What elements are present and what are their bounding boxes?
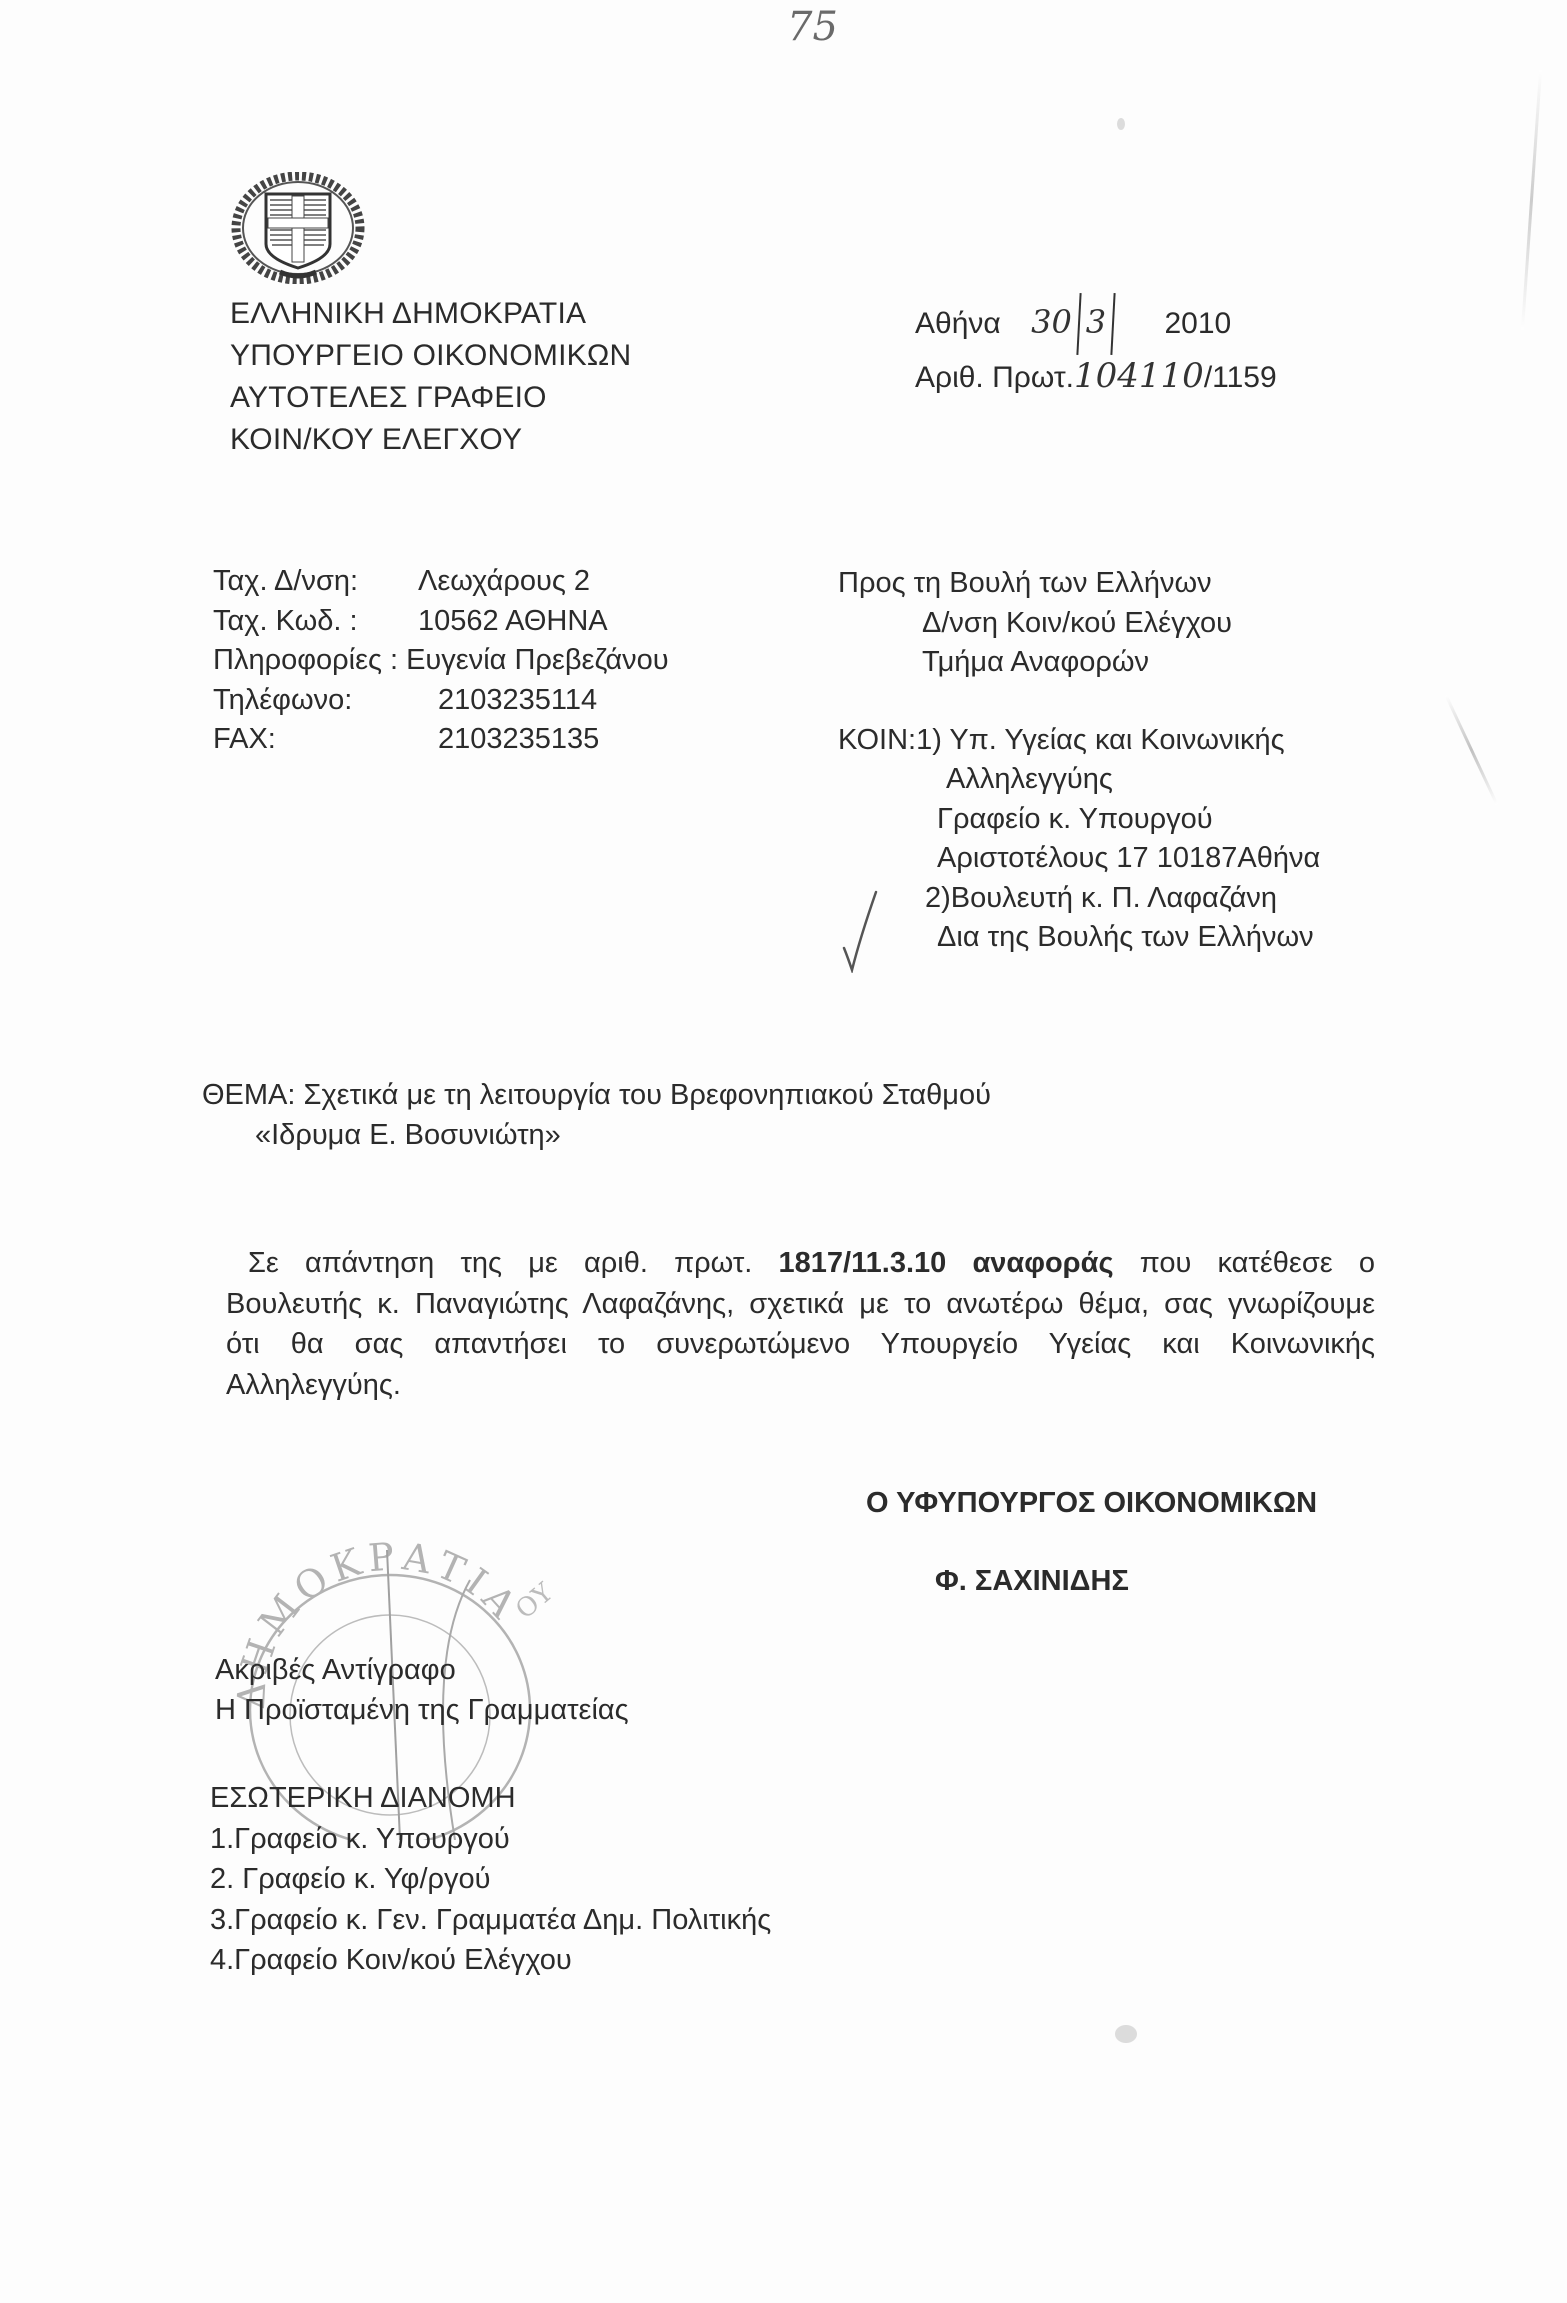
protocol-line: Αριθ. Πρωτ.104110/1159 — [915, 355, 1277, 399]
certified-line: Ακριβές Αντίγραφο — [215, 1650, 629, 1690]
coat-of-arms-icon — [230, 172, 366, 284]
phone-row: Τηλέφωνο: 2103235114 — [213, 681, 669, 721]
fax-row: FAX: 2103235135 — [213, 720, 669, 760]
scan-smudge — [1115, 2025, 1137, 2043]
distribution-item: 2. Γραφείο κ. Υφ/ργού — [210, 1859, 771, 1900]
distribution-item: 3.Γραφείο κ. Γεν. Γραμματέα Δημ. Πολιτικ… — [210, 1900, 771, 1941]
seal-side-text: ΟΥ — [510, 1577, 559, 1625]
signature-block: Ο ΥΦΥΠΟΥΡΓΟΣ ΟΙΚΟΝΟΜΙΚΩΝ Φ. ΣΑΧΙΝΙΔΗΣ — [866, 1483, 1317, 1601]
recipient-line: Προς τη Βουλή των Ελλήνων — [838, 564, 1320, 604]
subject-line: ΘΕΜΑ: Σχετικά με τη λειτουργία του Βρεφο… — [202, 1075, 991, 1115]
postcode-row: Ταχ. Κωδ. : 10562 ΑΘΗΝΑ — [213, 602, 669, 642]
cc-line: Γραφείο κ. Υπουργού — [838, 800, 1320, 840]
address-row: Ταχ. Δ/νση: Λεωχάρους 2 — [213, 562, 669, 602]
scan-smudge — [1117, 118, 1125, 130]
org-line: ΕΛΛΗΝΙΚΗ ΔΗΜΟΚΡΑΤΙΑ — [230, 293, 631, 335]
distribution-item: 4.Γραφείο Κοιν/κού Ελέγχου — [210, 1940, 771, 1981]
info-value: Ευγενία Πρεβεζάνου — [406, 641, 668, 681]
fax-value: 2103235135 — [438, 720, 599, 760]
subject-line: «Ιδρυμα Ε. Βοσυνιώτη» — [202, 1115, 991, 1155]
org-line: ΚΟΙΝ/ΚΟΥ ΕΛΕΓΧΟΥ — [230, 419, 631, 461]
signatory-name: Φ. ΣΑΧΙΝΙΔΗΣ — [866, 1561, 1317, 1601]
sender-contact: Ταχ. Δ/νση: Λεωχάρους 2 Ταχ. Κωδ. : 1056… — [213, 562, 669, 760]
protocol-label: Αριθ. Πρωτ. — [915, 361, 1074, 394]
body-text: Σε απάντηση της με αριθ. πρωτ. — [226, 1247, 779, 1279]
scan-streak — [1445, 695, 1498, 805]
protocol-number: /1159 — [1204, 361, 1277, 394]
handwritten-protocol: 104110 — [1074, 356, 1204, 396]
issuing-organization: ΕΛΛΗΝΙΚΗ ΔΗΜΟΚΡΑΤΙΑ ΥΠΟΥΡΓΕΙΟ ΟΙΚΟΝΟΜΙΚΩ… — [230, 293, 631, 461]
cc-line: 2)Βουλευτή κ. Π. Λαφαζάνη — [838, 879, 1320, 919]
info-label: Πληροφορίες : — [213, 641, 398, 681]
org-line: ΑΥΤΟΤΕΛΕΣ ΓΡΑΦΕΙΟ — [230, 377, 631, 419]
handwritten-day: 30 — [1031, 303, 1072, 341]
cc-line: Αλληλεγγύης — [838, 760, 1320, 800]
scan-streak — [1521, 70, 1542, 330]
distribution-title: ΕΣΩΤΕΡΙΚΗ ΔΙΑΝΟΜΗ — [210, 1778, 771, 1819]
certified-copy: Ακριβές Αντίγραφο Η Προϊσταμένη της Γραμ… — [215, 1650, 629, 1730]
recipient-line: Δ/νση Κοιν/κού Ελέγχου — [838, 604, 1320, 644]
handwritten-checkmark-icon — [840, 888, 880, 973]
postcode-label: Ταχ. Κωδ. : — [213, 602, 418, 642]
place-label: Αθήνα — [915, 307, 1001, 340]
distribution-item: 1.Γραφείο κ. Υπουργού — [210, 1819, 771, 1860]
subject: ΘΕΜΑ: Σχετικά με τη λειτουργία του Βρεφο… — [202, 1075, 991, 1155]
info-row: Πληροφορίες : Ευγενία Πρεβεζάνου — [213, 641, 669, 681]
postcode-value: 10562 ΑΘΗΝΑ — [418, 602, 608, 642]
date-line: Αθήνα 303 2010 — [915, 293, 1277, 355]
date-protocol-block: Αθήνα 303 2010 Αριθ. Πρωτ.104110/1159 — [915, 293, 1277, 399]
org-line: ΥΠΟΥΡΓΕΙΟ ΟΙΚΟΝΟΜΙΚΩΝ — [230, 335, 631, 377]
fax-label: FAX: — [213, 720, 418, 760]
reference-number: 1817/11.3.10 αναφοράς — [779, 1247, 1114, 1279]
internal-distribution: ΕΣΩΤΕΡΙΚΗ ΔΙΑΝΟΜΗ 1.Γραφείο κ. Υπουργού … — [210, 1778, 771, 1981]
address-value: Λεωχάρους 2 — [418, 562, 590, 602]
cc-line: ΚΟΙΝ:1) Υπ. Υγείας και Κοινωνικής — [838, 721, 1320, 761]
address-label: Ταχ. Δ/νση: — [213, 562, 418, 602]
recipient-line: Τμήμα Αναφορών — [838, 643, 1320, 683]
phone-value: 2103235114 — [438, 681, 597, 721]
handwritten-month: 3 — [1086, 303, 1106, 341]
recipients: Προς τη Βουλή των Ελλήνων Δ/νση Κοιν/κού… — [838, 564, 1320, 958]
cc-line: Δια της Βουλής των Ελλήνων — [838, 918, 1320, 958]
phone-label: Τηλέφωνο: — [213, 681, 418, 721]
certified-line: Η Προϊσταμένη της Γραμματείας — [215, 1690, 629, 1730]
cc-line: Αριστοτέλους 17 10187Αθήνα — [838, 839, 1320, 879]
body-paragraph: Σε απάντηση της με αριθ. πρωτ. 1817/11.3… — [226, 1243, 1375, 1405]
signatory-title: Ο ΥΦΥΠΟΥΡΓΟΣ ΟΙΚΟΝΟΜΙΚΩΝ — [866, 1483, 1317, 1523]
date-year: 2010 — [1165, 307, 1232, 340]
handwritten-page-number: 75 — [787, 4, 838, 50]
